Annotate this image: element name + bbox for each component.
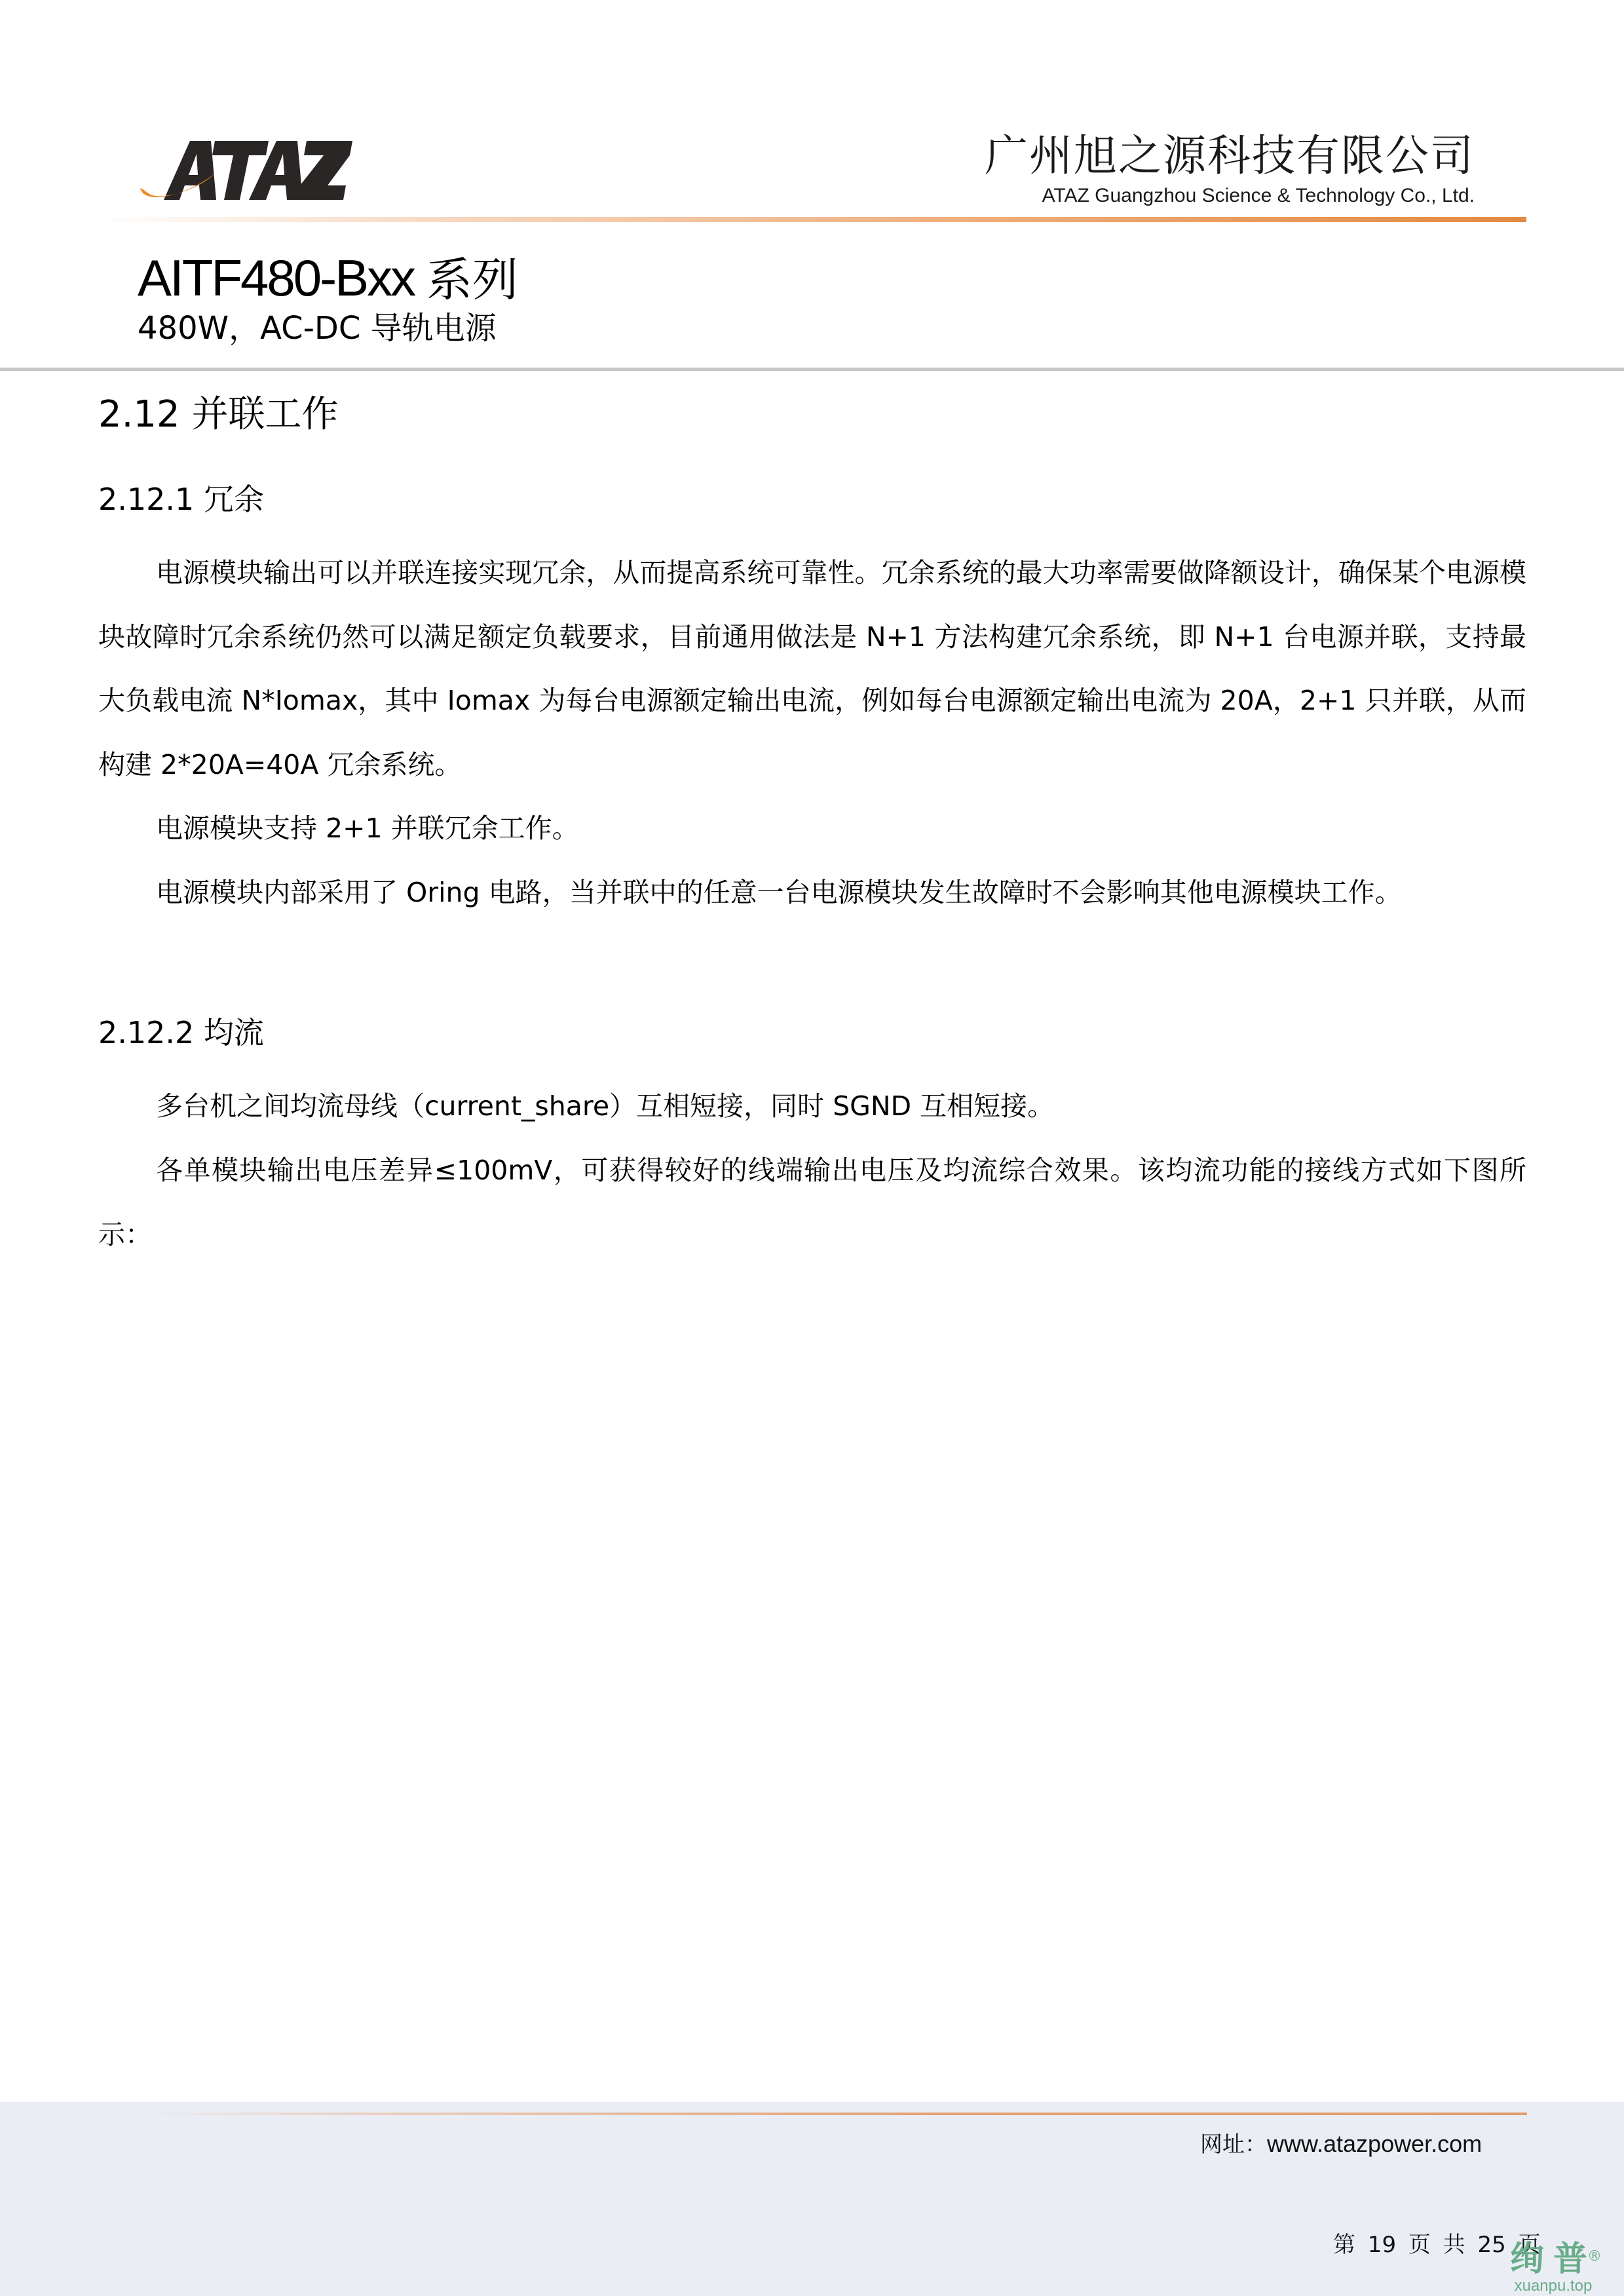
paragraph-current-share-bus: 多台机之间均流母线（current_share）互相短接，同时 SGND 互相短… (98, 1075, 1526, 1139)
section-heading: 2.12 并联工作 (98, 391, 339, 438)
watermark-logo: 绚普 ® (1510, 2241, 1596, 2278)
watermark-domain: xuanpu.top (1510, 2278, 1596, 2295)
watermark-brand: 绚普 (1510, 2240, 1596, 2279)
title-divider (0, 368, 1624, 371)
website-label: 网址： (1200, 2132, 1267, 2158)
paragraph-oring-circuit: 电源模块内部采用了 Oring 电路，当并联中的任意一台电源模块发生故障时不会影… (98, 861, 1526, 925)
paragraph-redundancy-intro: 电源模块输出可以并联连接实现冗余，从而提高系统可靠性。冗余系统的最大功率需要做降… (98, 541, 1526, 797)
product-title: AITF480-Bxx 系列 (138, 248, 518, 310)
subsection-heading-current-sharing: 2.12.2 均流 (98, 1013, 264, 1052)
subsection-heading-redundancy: 2.12.1 冗余 (98, 480, 264, 519)
paragraph-redundancy-support: 电源模块支持 2+1 并联冗余工作。 (98, 797, 1526, 861)
paragraph-voltage-difference: 各单模块输出电压差异≤100mV，可获得较好的线端输出电压及均流综合效果。该均流… (98, 1139, 1526, 1267)
product-series-label: 系列 (426, 253, 518, 307)
header-divider (98, 217, 1526, 222)
watermark: 绚普 ® xuanpu.top (1510, 2241, 1596, 2295)
company-name-cn: 广州旭之源科技有限公司 (985, 130, 1475, 182)
product-subtitle: 480W，AC-DC 导轨电源 (138, 308, 497, 349)
website-link[interactable]: www.atazpower.com (1267, 2130, 1482, 2157)
footer-divider (144, 2113, 1527, 2115)
website-info: 网址：www.atazpower.com (1200, 2130, 1482, 2159)
company-name-en: ATAZ Guangzhou Science & Technology Co.,… (985, 183, 1475, 208)
product-model: AITF480-Bxx (138, 249, 414, 307)
company-block: 广州旭之源科技有限公司 ATAZ Guangzhou Science & Tec… (985, 130, 1475, 208)
ataz-logo (138, 134, 354, 206)
ataz-logo-icon (138, 134, 354, 206)
registered-mark-icon: ® (1587, 2238, 1611, 2275)
